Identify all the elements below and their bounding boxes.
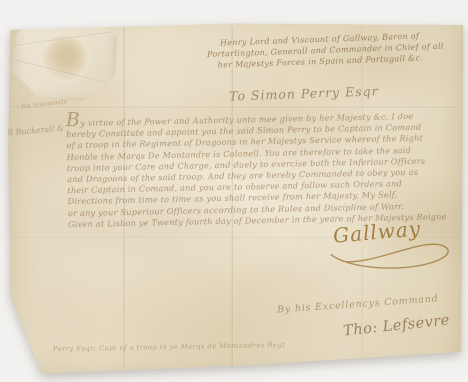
command-line: By his Excellencys Command (277, 293, 439, 315)
marginal-note: Ha Simmonds (21, 97, 68, 111)
document-photo: Henry Lord and Viscount of Gallway, Baro… (0, 0, 468, 382)
commission-header: Henry Lord and Viscount of Gallway, Baro… (206, 30, 433, 71)
docket-line: Perry Esqr: Capt of a troop in ye Marqs … (53, 341, 285, 353)
seal-crease (0, 55, 136, 92)
parchment-sheet: Henry Lord and Viscount of Gallway, Baro… (5, 8, 465, 378)
seal-crease (0, 28, 137, 50)
commission-body: By virtue of the Power and Authority unt… (66, 108, 466, 230)
marginal-note: R Buckerall & (7, 124, 65, 138)
secretary-signature: Tho: Lefsevre (342, 312, 450, 339)
embossed-seal (13, 11, 117, 101)
parchment-surface: Henry Lord and Viscount of Gallway, Baro… (5, 8, 465, 378)
address-line: To Simon Perry Esqr (229, 83, 379, 103)
